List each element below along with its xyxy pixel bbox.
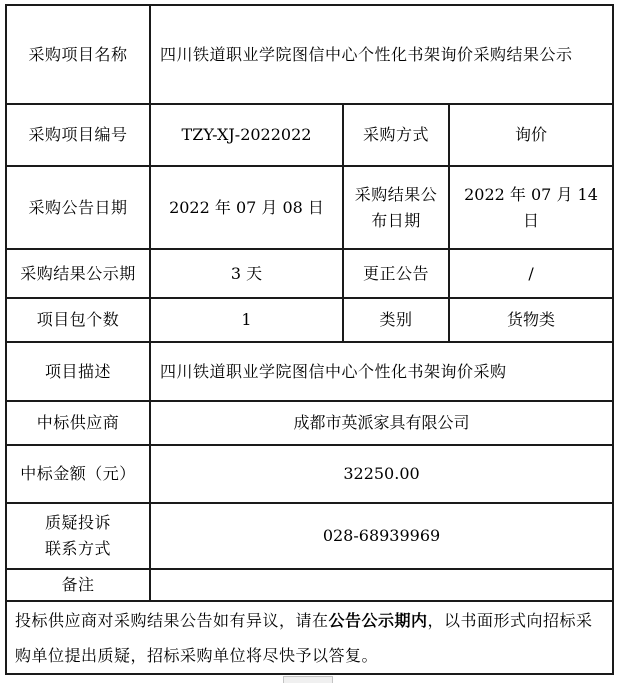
row-project-description: 项目描述 四川铁道职业学院图信中心个性化书架询价采购: [6, 342, 613, 401]
category-label: 类别: [343, 298, 449, 342]
bottom-edge-fragment: [283, 676, 333, 683]
correction-notice-value: /: [449, 249, 613, 298]
winning-amount-label: 中标金额（元）: [6, 445, 150, 503]
row-project-name: 采购项目名称 四川铁道职业学院图信中心个性化书架询价采购结果公示: [6, 5, 613, 104]
project-description-label: 项目描述: [6, 342, 150, 401]
row-remarks: 备注: [6, 569, 613, 601]
winning-supplier-label: 中标供应商: [6, 401, 150, 445]
announcement-date-value: 2022 年 07 月 08 日: [150, 166, 343, 249]
row-project-number: 采购项目编号 TZY-XJ-2022022 采购方式 询价: [6, 104, 613, 166]
result-publicity-period-value: 3 天: [150, 249, 343, 298]
row-dates: 采购公告日期 2022 年 07 月 08 日 采购结果公布日期 2022 年 …: [6, 166, 613, 249]
footer-note-bold: 公告公示期内: [329, 611, 428, 630]
complaint-contact-label: 质疑投诉 联系方式: [6, 503, 150, 569]
package-count-value: 1: [150, 298, 343, 342]
project-description-value: 四川铁道职业学院图信中心个性化书架询价采购: [150, 342, 613, 401]
project-name-label: 采购项目名称: [6, 5, 150, 104]
row-footer-note: 投标供应商对采购结果公告如有异议，请在公告公示期内，以书面形式向招标采购单位提出…: [6, 601, 613, 674]
row-winning-amount: 中标金额（元） 32250.00: [6, 445, 613, 503]
result-publish-date-label: 采购结果公布日期: [343, 166, 449, 249]
complaint-contact-value: 028-68939969: [150, 503, 613, 569]
row-package-category: 项目包个数 1 类别 货物类: [6, 298, 613, 342]
result-publish-date-value: 2022 年 07 月 14 日: [449, 166, 613, 249]
row-winning-supplier: 中标供应商 成都市英派家具有限公司: [6, 401, 613, 445]
category-value: 货物类: [449, 298, 613, 342]
procurement-result-table: 采购项目名称 四川铁道职业学院图信中心个性化书架询价采购结果公示 采购项目编号 …: [5, 4, 614, 675]
procurement-method-label: 采购方式: [343, 104, 449, 166]
package-count-label: 项目包个数: [6, 298, 150, 342]
footer-note: 投标供应商对采购结果公告如有异议，请在公告公示期内，以书面形式向招标采购单位提出…: [6, 601, 613, 674]
row-complaint-contact: 质疑投诉 联系方式 028-68939969: [6, 503, 613, 569]
winning-supplier-value: 成都市英派家具有限公司: [150, 401, 613, 445]
winning-amount-value: 32250.00: [150, 445, 613, 503]
correction-notice-label: 更正公告: [343, 249, 449, 298]
project-number-value: TZY-XJ-2022022: [150, 104, 343, 166]
remarks-label: 备注: [6, 569, 150, 601]
row-publicity-period: 采购结果公示期 3 天 更正公告 /: [6, 249, 613, 298]
remarks-value: [150, 569, 613, 601]
project-name-value: 四川铁道职业学院图信中心个性化书架询价采购结果公示: [150, 5, 613, 104]
project-number-label: 采购项目编号: [6, 104, 150, 166]
result-publicity-period-label: 采购结果公示期: [6, 249, 150, 298]
footer-note-part1: 投标供应商对采购结果公告如有异议，请在: [15, 611, 329, 630]
announcement-date-label: 采购公告日期: [6, 166, 150, 249]
procurement-method-value: 询价: [449, 104, 613, 166]
